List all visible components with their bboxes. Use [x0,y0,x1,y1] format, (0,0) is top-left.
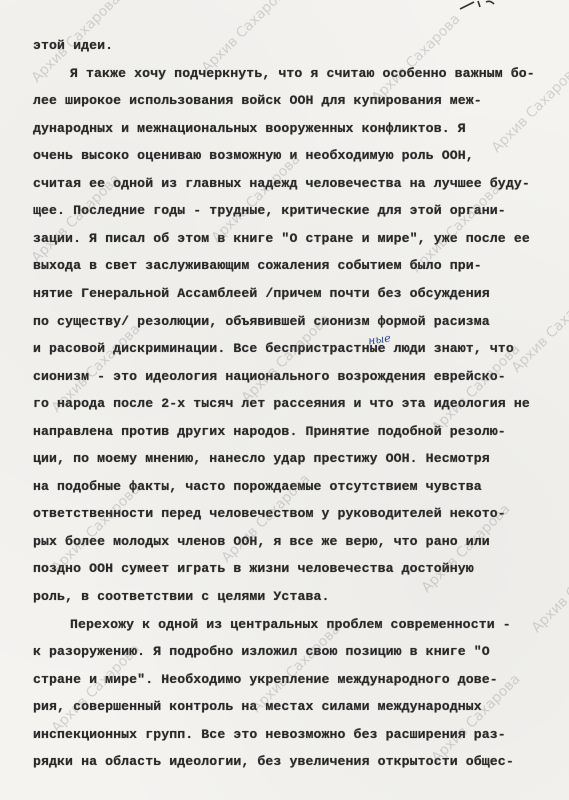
text-line: ции, по моему мнению, нанесло удар прест… [33,451,490,467]
handwritten-page-number-mark [456,0,500,10]
text-line: зации. Я писал об этом в книге "О стране… [33,231,530,247]
text-line: ответственности перед человечеством у ру… [33,506,506,522]
watermark-text: Архив Сахарова [529,541,569,636]
text-line: направлена против других народов. Принят… [33,424,506,440]
text-line: на подобные факты, часто порождаемые отс… [33,479,482,495]
text-line: щее. Последние годы - трудные, критическ… [33,203,506,219]
text-line: дународных и межнациональных вооруженных… [33,121,466,137]
text-line: Перехожу к одной из центральных проблем … [70,617,511,633]
text-line: Я также хочу подчеркнуть, что я считаю о… [70,66,535,82]
text-line: по существу/ резолюции, объявившей сиони… [33,314,490,330]
text-line: роль, в соответствии с целями Устава. [33,589,330,605]
typewritten-page: этой идеи.Я также хочу подчеркнуть, что … [0,0,569,800]
text-line: нятие Генеральной Ассамблеей /причем поч… [33,286,490,302]
text-line: инспекционных групп. Все это невозможно … [33,727,506,743]
text-line: этой идеи. [33,38,113,54]
text-line: к разоружению. Я подробно изложил свою п… [33,644,490,660]
text-line: считая ее одной из главных надежд челове… [33,176,530,192]
text-line: стране и мире". Необходимо укрепление ме… [33,672,498,688]
text-line: сионизм - это идеология национального во… [33,369,506,385]
text-line: выхода в свет заслуживающим сожаления со… [33,258,482,274]
text-line: рия, совершенный контроль на местах сила… [33,699,482,715]
text-line: рядки на область идеологии, без увеличен… [33,754,514,770]
text-line: поздно ООН сумеет играть в жизни человеч… [33,561,474,577]
watermark-text: Архив Сахарова [509,281,569,376]
text-line: го народа после 2-х тысяч лет рассеяния … [33,396,530,412]
text-line: рых более молодых членов ООН, я все же в… [33,534,490,550]
text-line: и расовой дискриминации. Все беспристрас… [33,341,514,357]
watermark-text: Архив Сахарова [369,11,464,106]
text-line: очень высоко оцениваю возможную и необхо… [33,148,474,164]
text-line: лее широкое использования войск ООН для … [33,93,482,109]
